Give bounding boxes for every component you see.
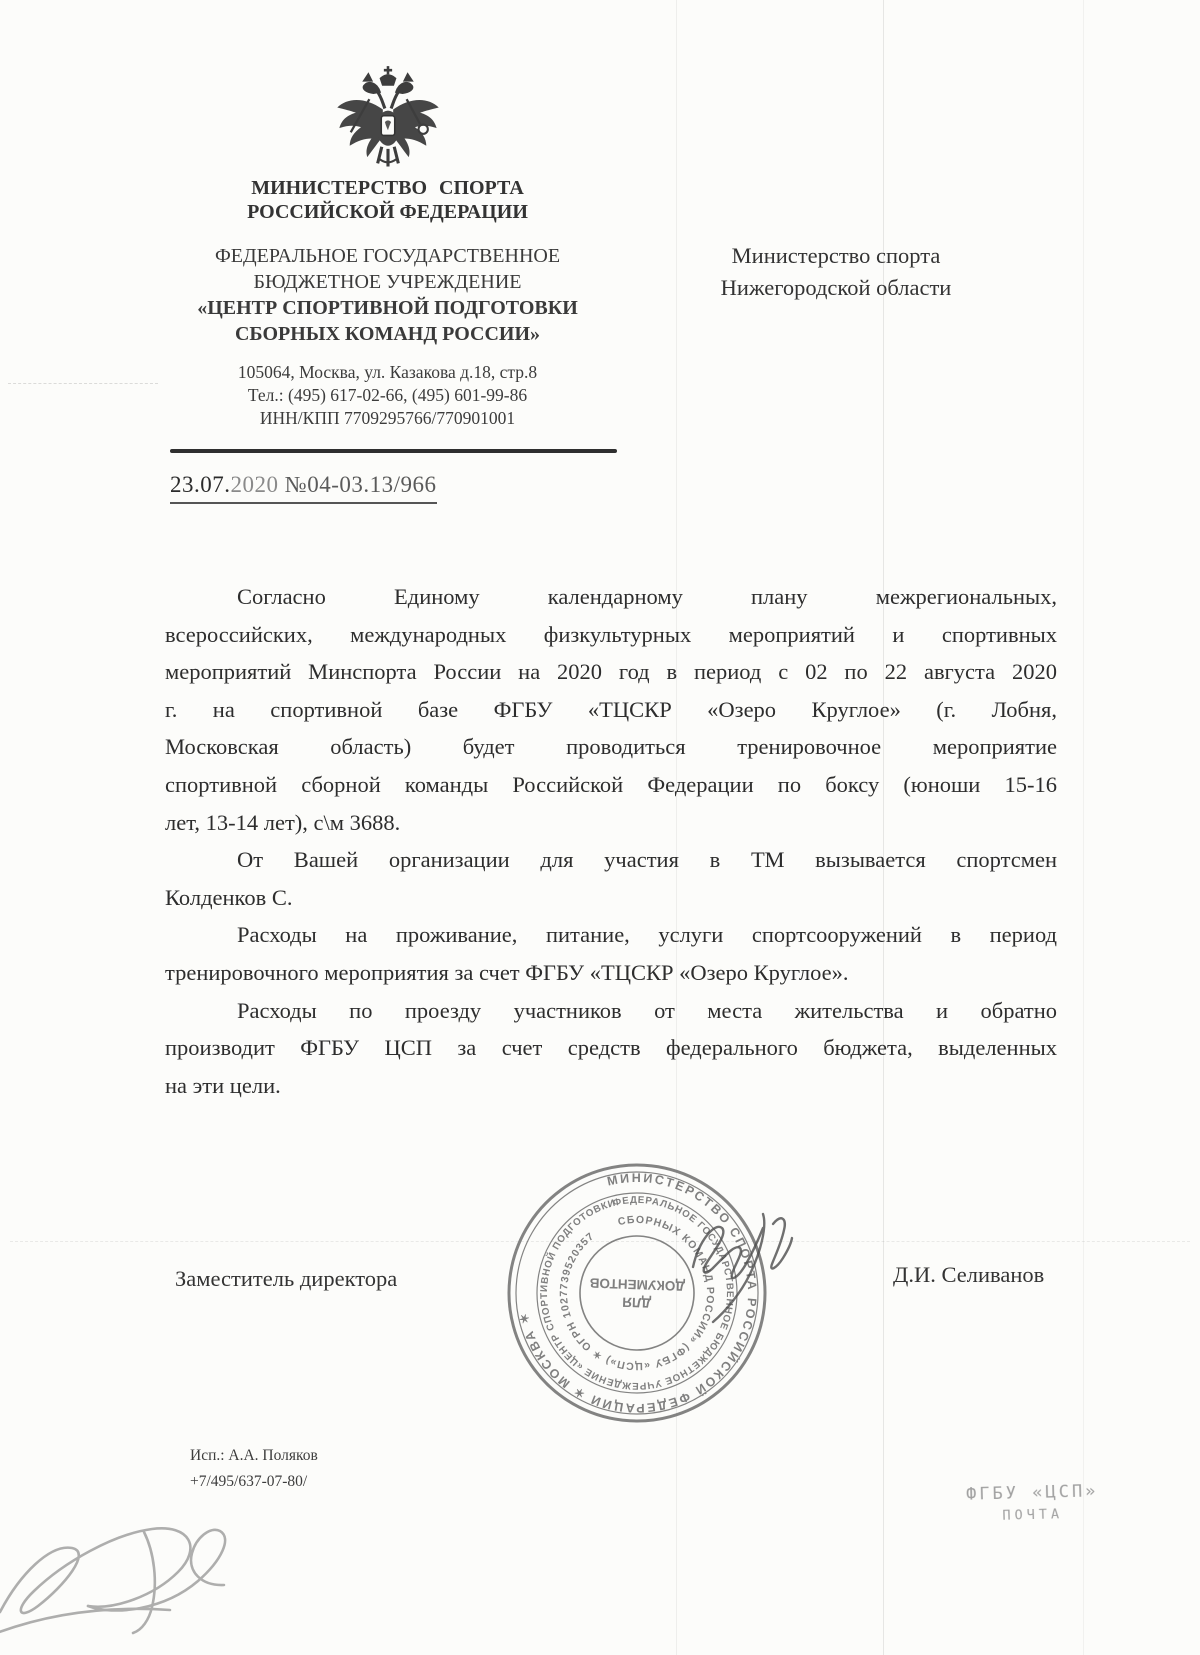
ministry-name-line: РОССИЙСКОЙ ФЕДЕРАЦИИ — [165, 200, 610, 224]
organization-name: ФЕДЕРАЛЬНОЕ ГОСУДАРСТВЕННОЕ БЮДЖЕТНОЕ УЧ… — [165, 243, 610, 347]
letter-body: Согласно Единому календарному плану межр… — [165, 578, 1057, 1104]
ministry-name-line: МИНИСТЕРСТВО СПОРТА — [165, 176, 610, 200]
signatory-position: Заместитель директора — [175, 1266, 397, 1292]
organization-name-line: СБОРНЫХ КОМАНД РОССИИ» — [165, 321, 610, 347]
letter-date: 23.07. — [170, 472, 231, 497]
signature-scribble-icon — [655, 1172, 830, 1347]
mail-stamp-label: ПОЧТА — [950, 1505, 1115, 1525]
date-number-line: 23.07.2020 №04-03.13/966 — [170, 472, 437, 504]
body-line: мероприятий Минспорта России на 2020 год… — [165, 653, 1057, 691]
body-line: всероссийских, международных физкультурн… — [165, 616, 1057, 654]
scan-artifact — [1083, 0, 1084, 1655]
signatory-name: Д.И. Селиванов — [893, 1262, 1044, 1288]
mail-stamp: ФГБУ «ЦСП» ПОЧТА — [950, 1481, 1116, 1525]
bottom-signature-icon — [0, 1490, 292, 1655]
body-line: Колденков С. — [165, 879, 1057, 917]
executor-name: Исп.: А.А. Поляков — [190, 1443, 318, 1469]
body-line: Расходы по проезду участников от места ж… — [165, 992, 1057, 1030]
body-line: производит ФГБУ ЦСП за счет средств феде… — [165, 1029, 1057, 1067]
postal-address: 105064, Москва, ул. Казакова д.18, стр.8 — [165, 361, 610, 384]
body-line: Расходы на проживание, питание, услуги с… — [165, 916, 1057, 954]
body-line: г. на спортивной базе ФГБУ «ТЦСКР «Озеро… — [165, 691, 1057, 729]
scan-artifact — [8, 383, 158, 385]
organization-name-line: ФЕДЕРАЛЬНОЕ ГОСУДАРСТВЕННОЕ — [165, 243, 610, 269]
body-line: на эти цели. — [165, 1067, 1057, 1105]
separator-rule — [170, 449, 617, 453]
organization-contacts: 105064, Москва, ул. Казакова д.18, стр.8… — [165, 361, 610, 430]
ministry-name: МИНИСТЕРСТВО СПОРТА РОССИЙСКОЙ ФЕДЕРАЦИИ — [165, 176, 610, 224]
organization-name-line: БЮДЖЕТНОЕ УЧРЕЖДЕНИЕ — [165, 269, 610, 295]
recipient-block: Министерство спорта Нижегородской област… — [688, 240, 984, 304]
executor-info: Исп.: А.А. Поляков +7/495/637-07-80/ — [190, 1443, 318, 1495]
body-line: От Вашей организации для участия в ТМ вы… — [165, 841, 1057, 879]
organization-name-line: «ЦЕНТР СПОРТИВНОЙ ПОДГОТОВКИ — [165, 295, 610, 321]
body-line: лет, 13-14 лет), с\м 3688. — [165, 804, 1057, 842]
inn-kpp: ИНН/КПП 7709295766/770901001 — [165, 407, 610, 430]
body-line: Московская область) будет проводиться тр… — [165, 728, 1057, 766]
scanned-letter-page: МИНИСТЕРСТВО СПОРТА РОССИЙСКОЙ ФЕДЕРАЦИИ… — [0, 0, 1200, 1655]
stamp-center-text: ДЛЯ — [622, 1294, 651, 1310]
letter-number: №04-03.13/966 — [279, 472, 437, 497]
recipient-line: Министерство спорта — [688, 240, 984, 272]
russian-coat-of-arms-icon — [330, 64, 446, 182]
letter-year: 2020 — [231, 472, 279, 497]
body-line: Согласно Единому календарному плану межр… — [165, 578, 1057, 616]
mail-stamp-org: ФГБУ «ЦСП» — [950, 1481, 1115, 1505]
body-line: тренировочного мероприятия за счет ФГБУ … — [165, 954, 1057, 992]
body-line: спортивной сборной команды Российской Фе… — [165, 766, 1057, 804]
recipient-line: Нижегородской области — [688, 272, 984, 304]
phone-numbers: Тел.: (495) 617-02-66, (495) 601-99-86 — [165, 384, 610, 407]
